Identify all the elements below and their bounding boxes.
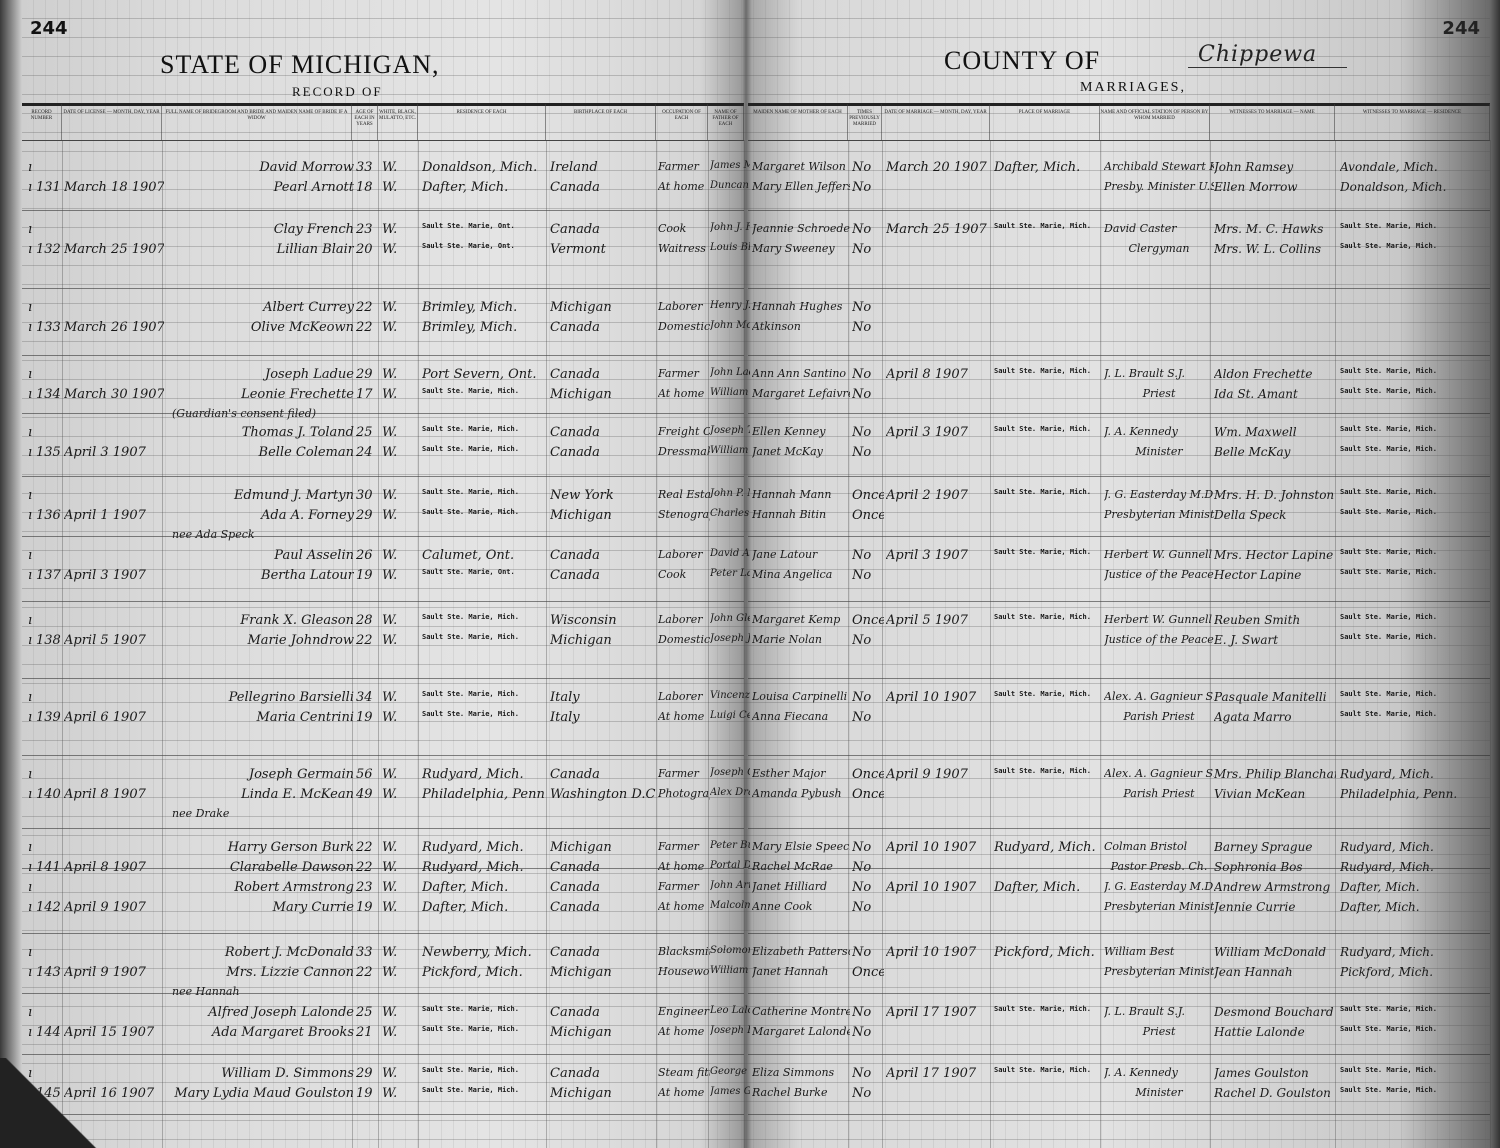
bride-times-married: Once [852, 508, 884, 523]
witness-name: William McDonald [1214, 945, 1336, 959]
license-date: April 9 1907 [64, 900, 164, 915]
bride-mother: Mary Ellen Jefferson [752, 180, 850, 193]
bride-mother: Rachel McRae [752, 860, 850, 873]
bride-age: 20 [356, 242, 380, 257]
groom-residence: Sault Ste. Marie, Mich. [422, 488, 546, 496]
record-separator [22, 601, 744, 602]
witness-name: Hattie Lalonde [1214, 1025, 1336, 1039]
groom-birthplace: Canada [550, 425, 656, 440]
license-date: April 3 1907 [64, 568, 164, 583]
bride-occupation: Waitress [658, 242, 710, 255]
groom-birthplace: Michigan [550, 840, 656, 855]
column-divider [1100, 140, 1101, 1148]
record-separator [748, 933, 1490, 934]
officiant-title: Presbyterian Minister [1104, 900, 1214, 913]
marriage-date: April 9 1907 [886, 767, 992, 782]
bride-times-married: No [852, 1086, 884, 1101]
header-birthplace: Birthplace of Each [546, 104, 656, 140]
bride-occupation: Dressmaker [658, 445, 710, 458]
groom-residence: Sault Ste. Marie, Mich. [422, 425, 546, 433]
bride-mother: Janet McKay [752, 445, 850, 458]
bride-occupation: Stenographer [658, 508, 710, 521]
groom-age: 23 [356, 880, 380, 895]
bride-age: 24 [356, 445, 380, 460]
witness-residence: Sault Ste. Marie, Mich. [1340, 445, 1490, 453]
bride-occupation: Photographer [658, 787, 710, 800]
bride-birthplace: Michigan [550, 387, 656, 402]
groom-occupation: Farmer [658, 367, 710, 380]
bride-name: Pearl Arnott [168, 180, 354, 195]
marriage-date: April 8 1907 [886, 367, 992, 382]
bride-age: 17 [356, 387, 380, 402]
groom-occupation: Laborer [658, 300, 710, 313]
marriage-place: Dafter, Mich. [994, 160, 1102, 175]
marriage-date: April 17 1907 [886, 1005, 992, 1020]
bride-birthplace: Washington D.C. [550, 787, 656, 802]
record-separator [22, 868, 744, 869]
bride-residence: Brimley, Mich. [422, 320, 546, 335]
groom-age: 23 [356, 222, 380, 237]
header-date_license: Date of License — Month, Day, Year [62, 104, 162, 140]
bride-times-married: No [852, 568, 884, 583]
tally-mark: ı [28, 300, 40, 315]
marriage-date: April 10 1907 [886, 690, 992, 705]
groom-residence: Newberry, Mich. [422, 945, 546, 960]
bride-mother: Rachel Burke [752, 1086, 850, 1099]
witness-name: Andrew Armstrong [1214, 880, 1336, 894]
bride-birthplace: Canada [550, 180, 656, 195]
header-record_number: Record Number [22, 104, 62, 140]
license-date: April 1 1907 [64, 508, 164, 523]
record-separator [22, 413, 744, 414]
license-date: March 30 1907 [64, 387, 164, 402]
groom-occupation: Blacksmith [658, 945, 710, 958]
column-divider [1210, 140, 1211, 1148]
bride-color: W. [382, 965, 418, 980]
groom-name: Pellegrino Barsielli [168, 690, 354, 705]
groom-occupation: Farmer [658, 767, 710, 780]
bride-times-married: No [852, 1025, 884, 1040]
groom-age: 29 [356, 367, 380, 382]
header-witness_residence: Witnesses to Marriage — Residence [1335, 104, 1490, 140]
marriage-place: Sault Ste. Marie, Mich. [994, 767, 1102, 775]
groom-mother: Jeannie Schroeder [752, 222, 850, 235]
witness-name: Della Speck [1214, 508, 1336, 522]
officiant-name: Archibald Stewart Kerr [1104, 160, 1214, 173]
groom-mother: Hannah Hughes [752, 300, 850, 313]
column-divider [62, 140, 63, 1148]
tally-mark: ı [28, 222, 40, 237]
bride-birthplace: Michigan [550, 633, 656, 648]
license-date: April 8 1907 [64, 787, 164, 802]
groom-residence: Sault Ste. Marie, Mich. [422, 613, 546, 621]
groom-residence: Sault Ste. Marie, Mich. [422, 1005, 546, 1013]
marriage-place: Pickford, Mich. [994, 945, 1102, 960]
groom-times-married: No [852, 880, 884, 895]
bride-times-married: No [852, 633, 884, 648]
county-name-handwritten: Chippewa [1188, 42, 1347, 68]
witness-name: Belle McKay [1214, 445, 1336, 459]
groom-color: W. [382, 367, 418, 382]
witness-name: Sophronia Bos [1214, 860, 1336, 874]
bride-mother: Hannah Bitin [752, 508, 850, 521]
marriage-place: Sault Ste. Marie, Mich. [994, 548, 1102, 556]
witness-residence: Sault Ste. Marie, Mich. [1340, 222, 1490, 230]
groom-name: Harry Gerson Burk [168, 840, 354, 855]
bride-residence: Philadelphia, Penn. [422, 787, 546, 802]
witness-name: Jean Hannah [1214, 965, 1336, 979]
officiant-title: Presbyterian Minister [1104, 965, 1214, 978]
record-separator [748, 536, 1490, 537]
bride-times-married: No [852, 320, 884, 335]
bride-name: Mrs. Lizzie Cannon [168, 965, 354, 980]
groom-color: W. [382, 880, 418, 895]
column-divider [1335, 140, 1336, 1148]
groom-residence: Sault Ste. Marie, Ont. [422, 222, 546, 230]
license-date: April 6 1907 [64, 710, 164, 725]
marriage-date: April 10 1907 [886, 880, 992, 895]
groom-birthplace: Canada [550, 945, 656, 960]
bride-mother: Marie Nolan [752, 633, 850, 646]
groom-birthplace: Ireland [550, 160, 656, 175]
header-residence: Residence of Each [418, 104, 546, 140]
groom-color: W. [382, 548, 418, 563]
groom-mother: Jane Latour [752, 548, 850, 561]
bride-birthplace: Michigan [550, 1025, 656, 1040]
groom-occupation: Laborer [658, 690, 710, 703]
groom-birthplace: Michigan [550, 300, 656, 315]
bride-times-married: No [852, 900, 884, 915]
groom-color: W. [382, 840, 418, 855]
record-separator [748, 1114, 1490, 1115]
bride-birthplace: Michigan [550, 965, 656, 980]
groom-age: 30 [356, 488, 380, 503]
officiant-title: Presby. Minister U.S.O. [1104, 180, 1214, 193]
bride-age: 19 [356, 568, 380, 583]
bride-name: Bertha Latour [168, 568, 354, 583]
marriage-date: March 20 1907 [886, 160, 992, 175]
groom-name: William D. Simmons [168, 1066, 354, 1081]
witness-residence: Sault Ste. Marie, Mich. [1340, 548, 1490, 556]
bride-occupation: At home [658, 900, 710, 913]
bride-age: 22 [356, 633, 380, 648]
column-divider [990, 140, 991, 1148]
groom-mother: Louisa Carpinelli [752, 690, 850, 703]
column-headers-right: Maiden Name of Mother of EachTimes Previ… [748, 104, 1490, 141]
bride-age: 49 [356, 787, 380, 802]
witness-residence: Sault Ste. Marie, Mich. [1340, 710, 1490, 718]
tally-mark: ı [28, 425, 40, 440]
bride-name: Maria Centrini [168, 710, 354, 725]
witness-name: John Ramsey [1214, 160, 1336, 174]
groom-times-married: No [852, 367, 884, 382]
witness-residence: Dafter, Mich. [1340, 880, 1490, 894]
bride-mother: Margaret Lalonde [752, 1025, 850, 1038]
groom-occupation: Farmer [658, 840, 710, 853]
tally-mark: ı [28, 160, 40, 175]
groom-occupation: Cook [658, 222, 710, 235]
witness-name: Agata Marro [1214, 710, 1336, 724]
witness-residence: Sault Ste. Marie, Mich. [1340, 690, 1490, 698]
bride-age: 19 [356, 900, 380, 915]
tally-mark: ı [28, 613, 40, 628]
bride-residence: Sault Ste. Marie, Mich. [422, 387, 546, 395]
bride-residence: Sault Ste. Marie, Mich. [422, 1025, 546, 1033]
column-divider [848, 140, 849, 1148]
bride-name: Olive McKeown [168, 320, 354, 335]
officiant-name: William Best [1104, 945, 1214, 958]
bride-mother: Atkinson [752, 320, 850, 333]
bride-birthplace: Vermont [550, 242, 656, 257]
witness-name: Reuben Smith [1214, 613, 1336, 627]
groom-name: Edmund J. Martyn [168, 488, 354, 503]
record-separator [22, 355, 744, 356]
bride-birthplace: Canada [550, 900, 656, 915]
bride-age: 19 [356, 710, 380, 725]
marriage-date: April 3 1907 [886, 548, 992, 563]
witness-name: Ellen Morrow [1214, 180, 1336, 194]
groom-occupation: Laborer [658, 548, 710, 561]
witness-name: Aldon Frechette [1214, 367, 1336, 381]
groom-occupation: Real Estate [658, 488, 710, 501]
bride-times-married: No [852, 242, 884, 257]
marriage-date: March 25 1907 [886, 222, 992, 237]
groom-age: 29 [356, 1066, 380, 1081]
bride-name: Leonie Frechette [168, 387, 354, 402]
groom-times-married: No [852, 160, 884, 175]
bride-color: W. [382, 633, 418, 648]
record-separator [748, 1054, 1490, 1055]
record-separator [22, 828, 744, 829]
groom-occupation: Engineer [658, 1005, 710, 1018]
bride-birthplace: Canada [550, 320, 656, 335]
page-number-left: 244 [30, 18, 68, 39]
officiant-name: J. A. Kennedy [1104, 425, 1214, 438]
bride-age: 19 [356, 1086, 380, 1101]
bride-residence: Sault Ste. Marie, Mich. [422, 445, 546, 453]
record-separator [748, 828, 1490, 829]
officiant-title: Minister [1104, 1086, 1214, 1099]
marriage-place: Sault Ste. Marie, Mich. [994, 1066, 1102, 1074]
header-date_marriage: Date of Marriage — Month, Day, Year [882, 104, 990, 140]
groom-age: 22 [356, 840, 380, 855]
record-separator [22, 210, 744, 211]
witness-residence: Sault Ste. Marie, Mich. [1340, 508, 1490, 516]
officiant-title: Presbyterian Minister [1104, 508, 1214, 521]
record-separator [22, 1054, 744, 1055]
groom-times-married: No [852, 425, 884, 440]
officiant-name: Herbert W. Gunnell [1104, 613, 1214, 626]
bride-mother: Janet Hannah [752, 965, 850, 978]
witness-name: Hector Lapine [1214, 568, 1336, 582]
groom-color: W. [382, 1005, 418, 1020]
groom-times-married: Once [852, 613, 884, 628]
groom-times-married: Once [852, 767, 884, 782]
witness-name: Ida St. Amant [1214, 387, 1336, 401]
groom-occupation: Freight Clerk [658, 425, 710, 438]
marriage-date: April 3 1907 [886, 425, 992, 440]
column-divider [546, 140, 547, 1148]
bride-birthplace: Michigan [550, 508, 656, 523]
officiant-title: Priest [1104, 387, 1214, 400]
witness-name: Mrs. H. D. Johnston [1214, 488, 1336, 502]
bride-residence: Pickford, Mich. [422, 965, 546, 980]
record-separator [748, 210, 1490, 211]
groom-residence: Dafter, Mich. [422, 880, 546, 895]
record-separator [22, 288, 744, 289]
groom-age: 25 [356, 1005, 380, 1020]
witness-residence: Sault Ste. Marie, Mich. [1340, 387, 1490, 395]
groom-times-married: Once [852, 488, 884, 503]
bride-birthplace: Italy [550, 710, 656, 725]
officiant-title: Justice of the Peace [1104, 568, 1214, 581]
column-divider [418, 140, 419, 1148]
groom-mother: Esther Major [752, 767, 850, 780]
officiant-title: Parish Priest [1104, 710, 1214, 723]
groom-color: W. [382, 300, 418, 315]
groom-times-married: No [852, 548, 884, 563]
header-mother: Maiden Name of Mother of Each [748, 104, 848, 140]
column-headers-left: Record NumberDate of License — Month, Da… [22, 104, 744, 141]
marriage-date: April 5 1907 [886, 613, 992, 628]
witness-name: E. J. Swart [1214, 633, 1336, 647]
marriage-place: Dafter, Mich. [994, 880, 1102, 895]
bride-times-married: Once [852, 787, 884, 802]
record-separator [22, 476, 744, 477]
record-separator [22, 933, 744, 934]
marriage-place: Rudyard, Mich. [994, 840, 1102, 855]
witness-name: Mrs. W. L. Collins [1214, 242, 1336, 256]
groom-times-married: No [852, 1066, 884, 1081]
record-of-subtitle: RECORD OF [292, 84, 383, 100]
groom-birthplace: Canada [550, 367, 656, 382]
record-note: nee Drake [172, 807, 352, 820]
groom-mother: Mary Elsie Speech [752, 840, 850, 853]
marriages-subtitle: MARRIAGES, [1080, 80, 1186, 96]
record-note: nee Hannah [172, 985, 352, 998]
bride-residence: Sault Ste. Marie, Mich. [422, 633, 546, 641]
groom-name: Clay French [168, 222, 354, 237]
right-page: 244 COUNTY OF Chippewa MARRIAGES, Maiden… [748, 0, 1490, 1148]
record-separator [748, 755, 1490, 756]
record-separator [748, 355, 1490, 356]
bride-times-married: No [852, 387, 884, 402]
groom-age: 56 [356, 767, 380, 782]
groom-residence: Donaldson, Mich. [422, 160, 546, 175]
bride-color: W. [382, 787, 418, 802]
header-officiant: Name and Official Station of Person by w… [1100, 104, 1210, 140]
witness-residence: Sault Ste. Marie, Mich. [1340, 488, 1490, 496]
bride-occupation: Domestic [658, 320, 710, 333]
bride-name: Mary Currie [168, 900, 354, 915]
groom-residence: Rudyard, Mich. [422, 767, 546, 782]
groom-name: David Morrow [168, 160, 354, 175]
groom-name: Joseph Ladue [168, 367, 354, 382]
witness-residence: Sault Ste. Marie, Mich. [1340, 1086, 1490, 1094]
marriage-place: Sault Ste. Marie, Mich. [994, 488, 1102, 496]
witness-name: James Goulston [1214, 1066, 1336, 1080]
bride-residence: Dafter, Mich. [422, 180, 546, 195]
marriage-date: April 17 1907 [886, 1066, 992, 1081]
tally-mark: ı [28, 367, 40, 382]
groom-name: Joseph Germain [168, 767, 354, 782]
witness-name: Vivian McKean [1214, 787, 1336, 801]
groom-times-married: No [852, 840, 884, 855]
groom-mother: Margaret Wilson [752, 160, 850, 173]
witness-residence: Sault Ste. Marie, Mich. [1340, 1005, 1490, 1013]
record-separator [748, 601, 1490, 602]
witness-residence: Sault Ste. Marie, Mich. [1340, 613, 1490, 621]
groom-mother: Catherine Montreuil [752, 1005, 850, 1018]
bride-mother: Anna Fiecana [752, 710, 850, 723]
groom-color: W. [382, 425, 418, 440]
column-divider [378, 140, 379, 1148]
groom-mother: Elizabeth Patterson [752, 945, 850, 958]
witness-residence: Philadelphia, Penn. [1340, 787, 1490, 801]
officiant-title: Clergyman [1104, 242, 1214, 255]
column-divider [352, 140, 353, 1148]
witness-name: Pasquale Manitelli [1214, 690, 1336, 704]
bride-occupation: Housework [658, 965, 710, 978]
bride-occupation: At home [658, 180, 710, 193]
groom-birthplace: New York [550, 488, 656, 503]
column-divider [162, 140, 163, 1148]
bride-color: W. [382, 445, 418, 460]
marriage-place: Sault Ste. Marie, Mich. [994, 222, 1102, 230]
groom-age: 33 [356, 945, 380, 960]
bride-occupation: Cook [658, 568, 710, 581]
bride-name: Ada A. Forney [168, 508, 354, 523]
record-separator [748, 678, 1490, 679]
marriage-place: Sault Ste. Marie, Mich. [994, 613, 1102, 621]
groom-name: Alfred Joseph Lalonde [168, 1005, 354, 1020]
header-witness_name: Witnesses to Marriage — Name [1210, 104, 1335, 140]
marriage-place: Sault Ste. Marie, Mich. [994, 425, 1102, 433]
license-date: April 15 1907 [64, 1025, 164, 1040]
witness-residence: Sault Ste. Marie, Mich. [1340, 242, 1490, 250]
column-divider [708, 140, 709, 1148]
witness-name: Desmond Bouchard [1214, 1005, 1336, 1019]
groom-birthplace: Italy [550, 690, 656, 705]
tally-mark: ı [28, 767, 40, 782]
groom-mother: Margaret Kemp [752, 613, 850, 626]
groom-color: W. [382, 488, 418, 503]
officiant-name: Colman Bristol [1104, 840, 1214, 853]
bride-birthplace: Canada [550, 445, 656, 460]
groom-name: Albert Currey [168, 300, 354, 315]
groom-times-married: No [852, 222, 884, 237]
groom-times-married: No [852, 300, 884, 315]
bride-color: W. [382, 508, 418, 523]
license-date: April 9 1907 [64, 965, 164, 980]
groom-name: Thomas J. Toland [168, 425, 354, 440]
tally-mark: ı [28, 548, 40, 563]
bride-age: 18 [356, 180, 380, 195]
bride-age: 29 [356, 508, 380, 523]
witness-residence: Sault Ste. Marie, Mich. [1340, 1025, 1490, 1033]
bride-color: W. [382, 568, 418, 583]
officiant-name: J. G. Easterday M.D. [1104, 880, 1214, 893]
groom-age: 26 [356, 548, 380, 563]
groom-residence: Sault Ste. Marie, Mich. [422, 1066, 546, 1074]
witness-name: Mrs. Philip Blanchard [1214, 767, 1336, 781]
witness-residence: Sault Ste. Marie, Mich. [1340, 633, 1490, 641]
record-separator [748, 288, 1490, 289]
column-divider [656, 140, 657, 1148]
groom-color: W. [382, 1066, 418, 1081]
groom-residence: Rudyard, Mich. [422, 840, 546, 855]
groom-mother: Ellen Kenney [752, 425, 850, 438]
